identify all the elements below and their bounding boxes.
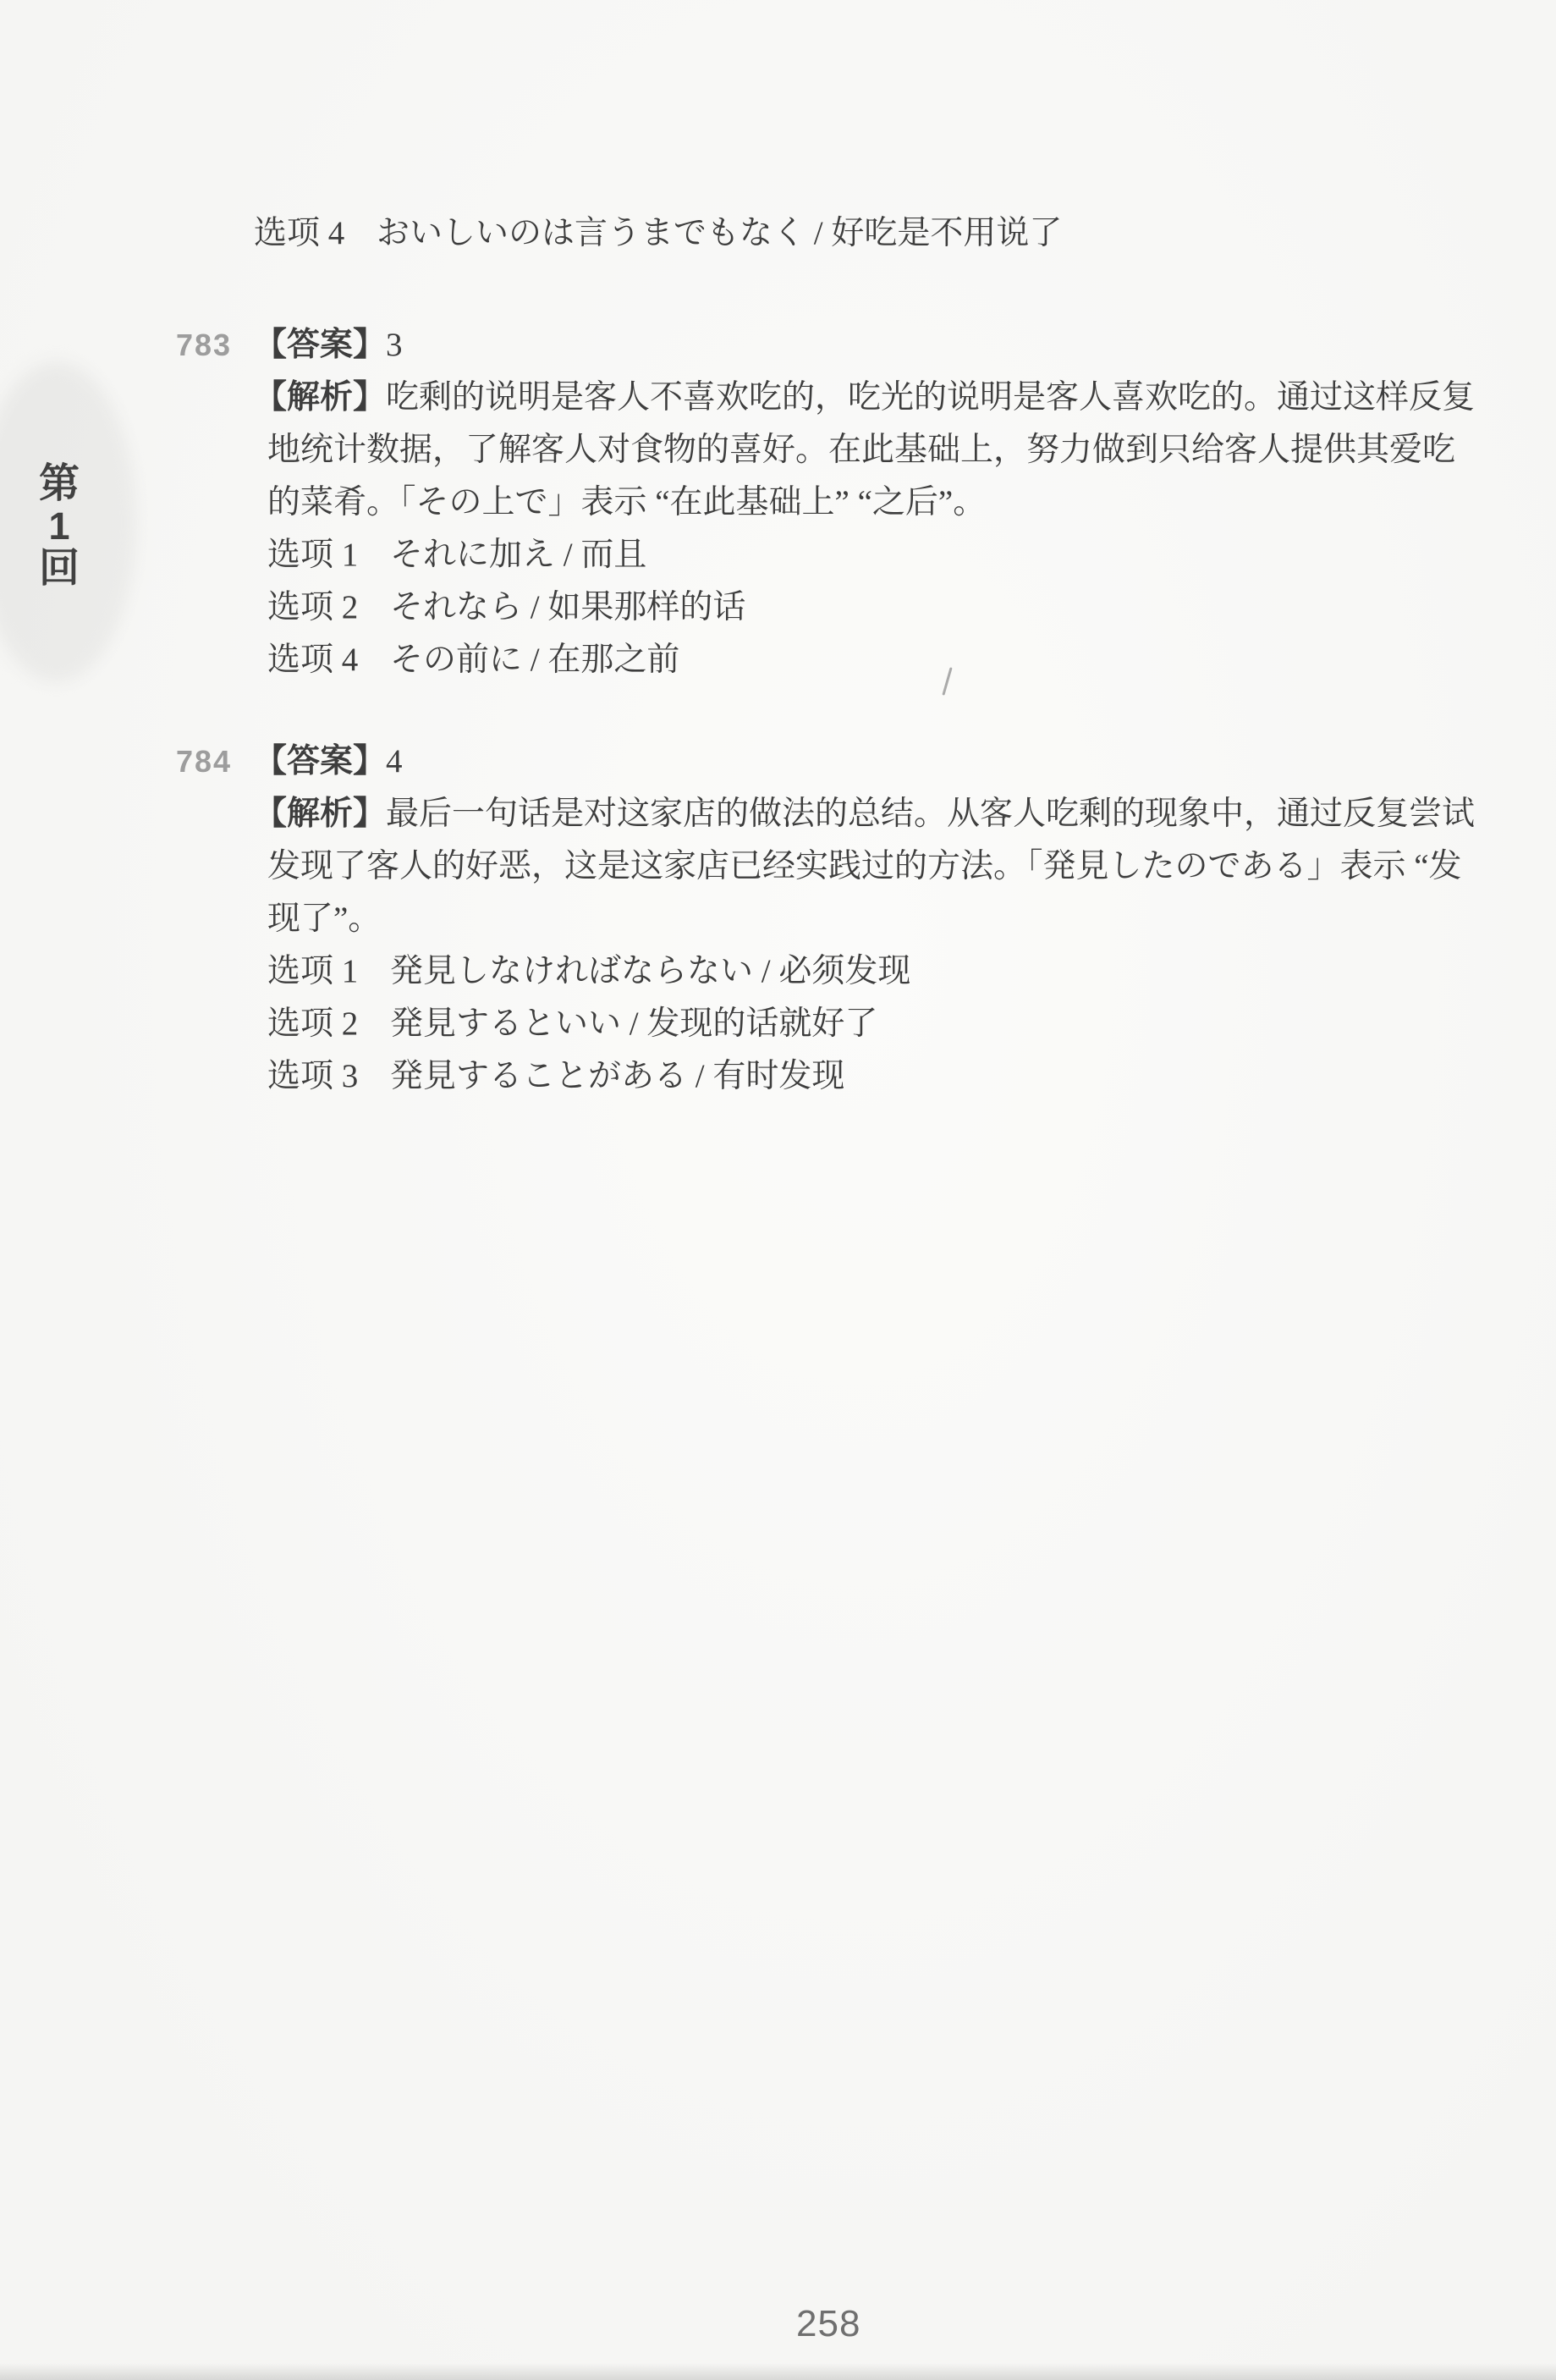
analysis-line: 【解析】最后一句话是对这家店的做法的总结。从客人吃剩的现象中，通过反复尝试: [254, 788, 1523, 840]
option-row: 选项 4 その前に / 在那之前: [254, 634, 1523, 686]
answer-line: 783 【答案】3: [254, 319, 1523, 372]
option-row: 选项 2 発見するといい / 发现的话就好了: [254, 998, 1523, 1050]
option-label: 选项 3: [267, 1050, 390, 1103]
option-label: 选项 1: [267, 945, 390, 998]
analysis-line: 的菜肴。「その上で」表示 “在此基础上” “之后”。: [254, 477, 1523, 529]
option-text: 発見するといい / 发现的话就好了: [390, 998, 877, 1050]
carryover-option-row: 选项 4 おいしいのは言うまでもなく / 好吃是不用说了: [254, 207, 1523, 260]
option-text: 発見しなければならない / 必须发现: [390, 945, 910, 998]
answer-label: 【答案】: [254, 327, 386, 363]
analysis-line: 发现了客人的好恶，这是这家店已经实践过的方法。「発見したのである」表示 “发: [254, 840, 1523, 893]
answer-label: 【答案】: [254, 743, 386, 780]
page-bottom-shadow: [0, 2363, 1556, 2380]
analysis-line: 【解析】吃剩的说明是客人不喜欢吃的，吃光的说明是客人喜欢吃的。通过这样反复: [254, 372, 1523, 424]
question-number: 783: [176, 323, 232, 367]
analysis-text: 最后一句话是对这家店的做法的总结。从客人吃剩的现象中，通过反复尝试: [386, 796, 1475, 832]
option-text: それに加え / 而且: [390, 529, 646, 581]
question-number: 784: [176, 740, 232, 784]
option-row: 选项 1 それに加え / 而且: [254, 529, 1523, 581]
answer-line: 784 【答案】4: [254, 735, 1523, 788]
option-row: 选项 1 発見しなければならない / 必须发现: [254, 945, 1523, 998]
option-label: 选项 4: [267, 634, 390, 686]
analysis-label: 【解析】: [254, 796, 386, 832]
option-label: 选项 2: [267, 581, 390, 634]
analysis-line: 地统计数据，了解客人对食物的喜好。在此基础上，努力做到只给客人提供其爱吃: [254, 424, 1523, 477]
option-text: それなら / 如果那样的话: [390, 581, 745, 634]
option-text: 発見することがある / 有时发现: [390, 1050, 844, 1103]
analysis-text: 吃剩的说明是客人不喜欢吃的，吃光的说明是客人喜欢吃的。通过这样反复: [386, 379, 1475, 416]
book-page: 第 1 回 选项 4 おいしいのは言うまでもなく / 好吃是不用说了 783 【…: [0, 0, 1556, 2380]
chapter-tab-char: 1: [48, 506, 69, 547]
option-text: おいしいのは言うまでもなく / 好吃是不用说了: [377, 207, 1062, 260]
analysis-label: 【解析】: [254, 379, 386, 416]
answer-entry-784: 784 【答案】4 【解析】最后一句话是对这家店的做法的总结。从客人吃剩的现象中…: [254, 735, 1523, 1103]
option-text: その前に / 在那之前: [390, 634, 679, 686]
answer-value: 3: [386, 327, 403, 363]
answer-entry-783: 783 【答案】3 【解析】吃剩的说明是客人不喜欢吃的，吃光的说明是客人喜欢吃的…: [254, 319, 1523, 686]
chapter-tab-char: 回: [39, 547, 80, 591]
answer-key-content: 选项 4 おいしいのは言うまでもなく / 好吃是不用说了 783 【答案】3 【…: [254, 207, 1523, 1103]
option-label: 选项 1: [267, 529, 390, 581]
page-number: 258: [796, 2304, 860, 2344]
answer-value: 4: [386, 743, 403, 780]
chapter-tab: 第 1 回: [0, 462, 118, 591]
option-row: 选项 2 それなら / 如果那样的话: [254, 581, 1523, 634]
option-row: 选项 3 発見することがある / 有时发现: [254, 1050, 1523, 1103]
option-label: 选项 2: [267, 998, 390, 1050]
chapter-tab-char: 第: [39, 462, 80, 506]
analysis-line: 现了”。: [254, 893, 1523, 945]
option-label: 选项 4: [254, 207, 377, 260]
